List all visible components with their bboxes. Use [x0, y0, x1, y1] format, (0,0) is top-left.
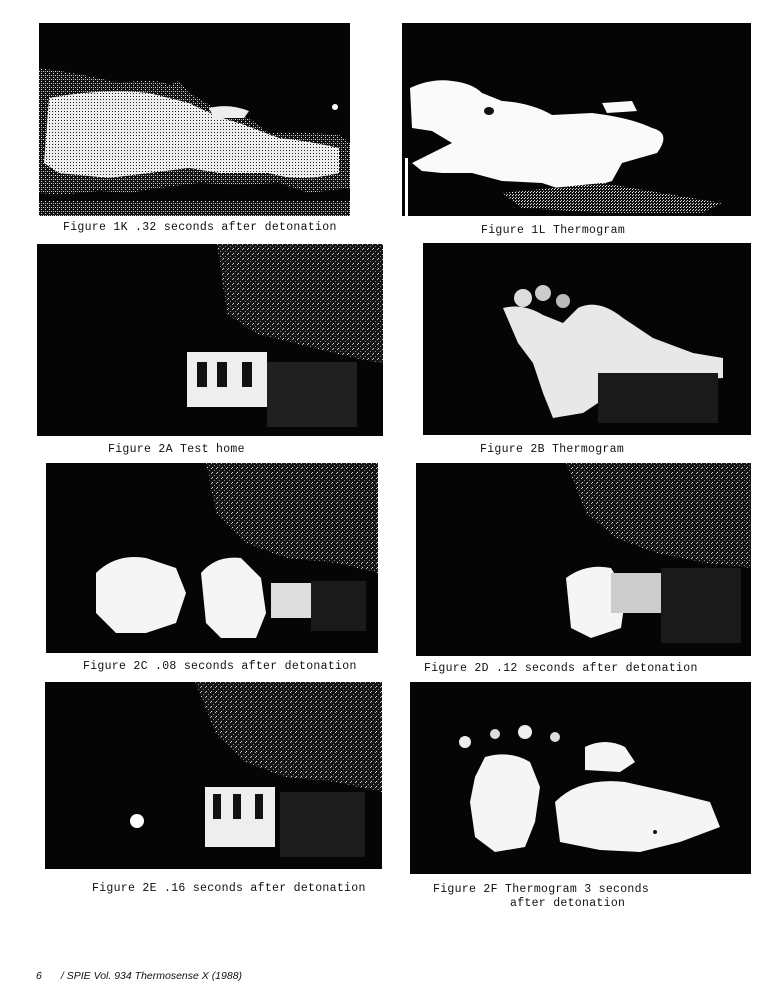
figure-1l-caption: Figure 1L Thermogram	[481, 224, 625, 238]
figure-2e-image	[45, 682, 382, 869]
citation: / SPIE Vol. 934 Thermosense X (1988)	[61, 970, 242, 982]
figure-1k-caption: Figure 1K .32 seconds after detonation	[63, 221, 337, 235]
figure-1l-image	[402, 23, 751, 216]
figure-2f-caption-line1: Figure 2F Thermogram 3 seconds	[433, 883, 649, 897]
page-number: 6	[36, 970, 58, 982]
figure-2a-image	[37, 244, 383, 436]
figure-2f-caption-line2: after detonation	[510, 897, 625, 911]
figure-2e-caption: Figure 2E .16 seconds after detonation	[92, 882, 366, 896]
figure-2b-caption: Figure 2B Thermogram	[480, 443, 624, 457]
figure-2f-image	[410, 682, 751, 874]
figure-2c-image	[46, 463, 378, 653]
figure-2d-image	[416, 463, 751, 656]
page-footer: 6 / SPIE Vol. 934 Thermosense X (1988)	[36, 970, 242, 982]
figure-2b-image	[423, 243, 751, 435]
figure-2a-caption: Figure 2A Test home	[108, 443, 245, 457]
figure-2d-caption: Figure 2D .12 seconds after detonation	[424, 662, 698, 676]
figure-2c-caption: Figure 2C .08 seconds after detonation	[83, 660, 357, 674]
figure-1k-image	[39, 23, 350, 216]
